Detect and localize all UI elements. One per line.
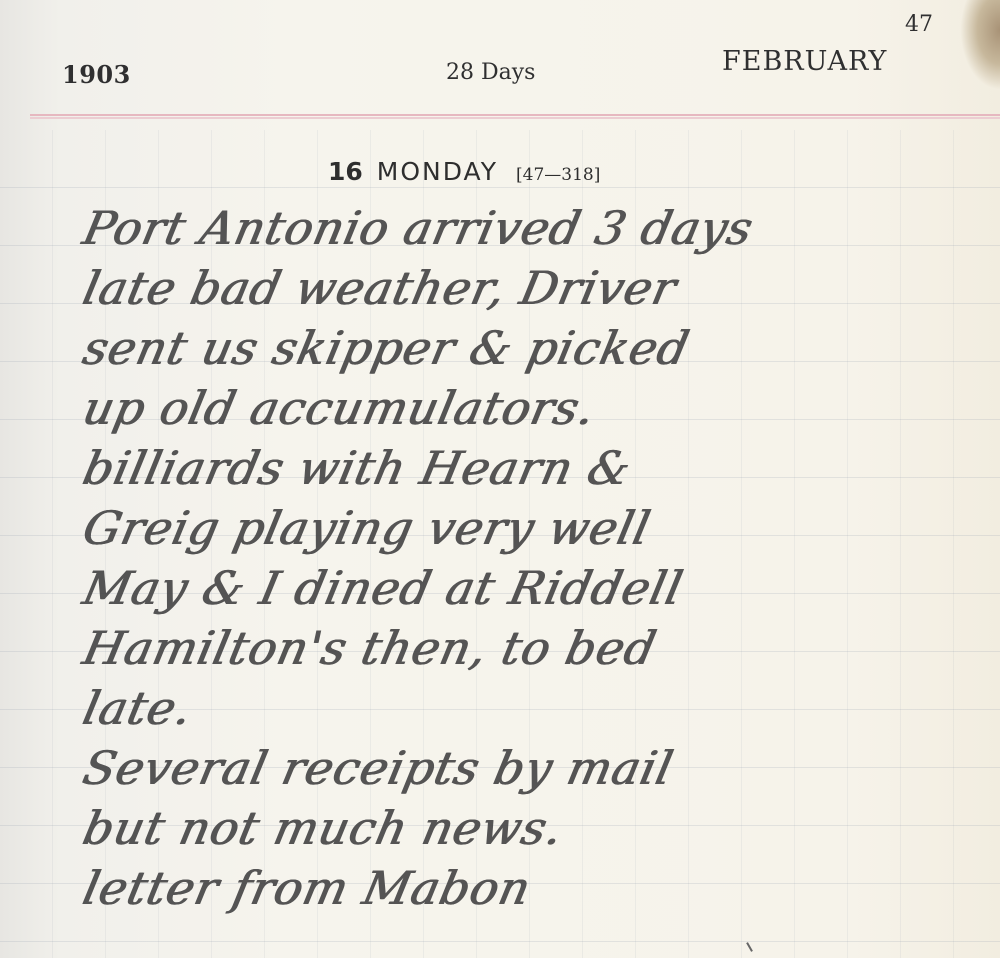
entry-line: late bad weather, Driver: [78, 258, 991, 318]
entry-line: letter from Mabon: [78, 858, 991, 918]
year-label: 1903: [62, 60, 131, 89]
entry-line: Port Antonio arrived 3 days: [78, 198, 991, 258]
days-in-month-label: 28 Days: [446, 60, 535, 85]
day-reference: [47—318]: [516, 165, 600, 185]
day-heading: 16 MONDAY [47—318]: [328, 157, 600, 186]
entry-line: sent us skipper & picked: [78, 318, 991, 378]
entry-line: billiards with Hearn &: [78, 438, 991, 498]
handwritten-entry: Port Antonio arrived 3 days late bad wea…: [78, 198, 978, 918]
entry-line: Hamilton's then, to bed: [78, 618, 991, 678]
header-rule: [30, 114, 1000, 116]
entry-line: Several receipts by mail: [78, 738, 991, 798]
entry-line: but not much news.: [78, 798, 991, 858]
weekday-label: MONDAY: [377, 157, 498, 186]
diary-page: 1903 28 Days 47 FEBRUARY 16 MONDAY [47—3…: [0, 0, 1000, 958]
entry-line: May & I dined at Riddell: [78, 558, 991, 618]
worn-corner: [960, 0, 1000, 90]
month-label: FEBRUARY: [722, 46, 887, 77]
page-number: 47: [905, 12, 933, 37]
entry-line: up old accumulators.: [78, 378, 991, 438]
entry-line: Greig playing very well: [78, 498, 991, 558]
entry-line: late.: [78, 678, 991, 738]
day-number: 16: [328, 157, 363, 186]
